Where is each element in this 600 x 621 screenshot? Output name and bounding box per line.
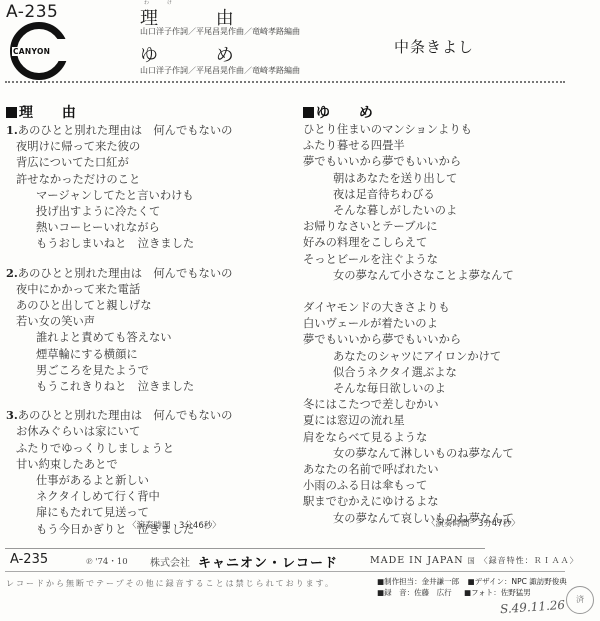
section-heading-riyuu: 理 由 <box>6 102 88 122</box>
footer-bottom-rule <box>5 571 565 572</box>
copyright-notice: レコードから無断でテープその他に録音することは禁じられております。 <box>6 578 335 589</box>
song-credits-2: 山口洋子作詞／平尾昌晃作曲／竜崎孝路編曲 <box>140 65 300 76</box>
company-name: キャニオン・レコード <box>198 552 338 571</box>
song-title-2: ゆ め <box>140 41 260 67</box>
lyrics-yume: ひとり住まいのマンションよりも ふたり暮せる四畳半 夢でもいいから夢でもいいから… <box>303 122 598 527</box>
inspection-stamp: 済 <box>566 586 594 614</box>
footer-catalog-number: A-235 <box>10 552 48 567</box>
footer-top-rule <box>5 548 485 549</box>
section-heading-yume: ゆ め <box>303 102 385 122</box>
duration-riyuu: 〈演奏時間 3分46秒〉 <box>128 519 221 531</box>
handwritten-date: S.49.11.26 <box>500 598 566 617</box>
logo-text: CANYON <box>12 47 51 56</box>
company-prefix: 株式会社 <box>150 554 190 569</box>
stanza-2: ダイヤモンドの大きさよりも 白いヴェールが着たいのよ 夢でもいいから夢でもいいか… <box>303 300 598 527</box>
song-credits-1: 山口洋子作詞／平尾昌晃作曲／竜崎孝路編曲 <box>140 26 300 37</box>
square-bullet-icon <box>6 107 17 118</box>
verse-2: 2.あのひとと別れた理由は 何んでもないの 夜中にかかって来た電話 あのひと出し… <box>6 265 296 396</box>
duration-yume: 〈演奏時間 3分47秒〉 <box>427 517 520 529</box>
square-bullet-icon <box>303 107 314 118</box>
stanza-1: ひとり住まいのマンションよりも ふたり暮せる四畳半 夢でもいいから夢でもいいから… <box>303 122 598 284</box>
phonogram-date: ℗ '74・10 <box>86 555 128 567</box>
canyon-logo: CANYON <box>10 22 68 80</box>
made-in-japan: MADE IN JAPAN 国 〈録音特性：ＲＩＡＡ〉 <box>370 555 579 566</box>
staff-credits: ■制作担当：金井謙一郎 ■デザイン：NPC 諏訪野俊典 ■録 音：佐藤 広行 ■… <box>377 576 567 598</box>
verse-1: 1.あのひとと別れた理由は 何んでもないの 夜明けに帰って来た彼の 背広について… <box>6 122 296 253</box>
lyrics-riyuu: 1.あのひとと別れた理由は 何んでもないの 夜明けに帰って来た彼の 背広について… <box>6 122 296 538</box>
artist-name: 中条きよし <box>394 36 474 57</box>
header-divider <box>5 81 565 83</box>
catalog-number: A-235 <box>6 2 58 22</box>
